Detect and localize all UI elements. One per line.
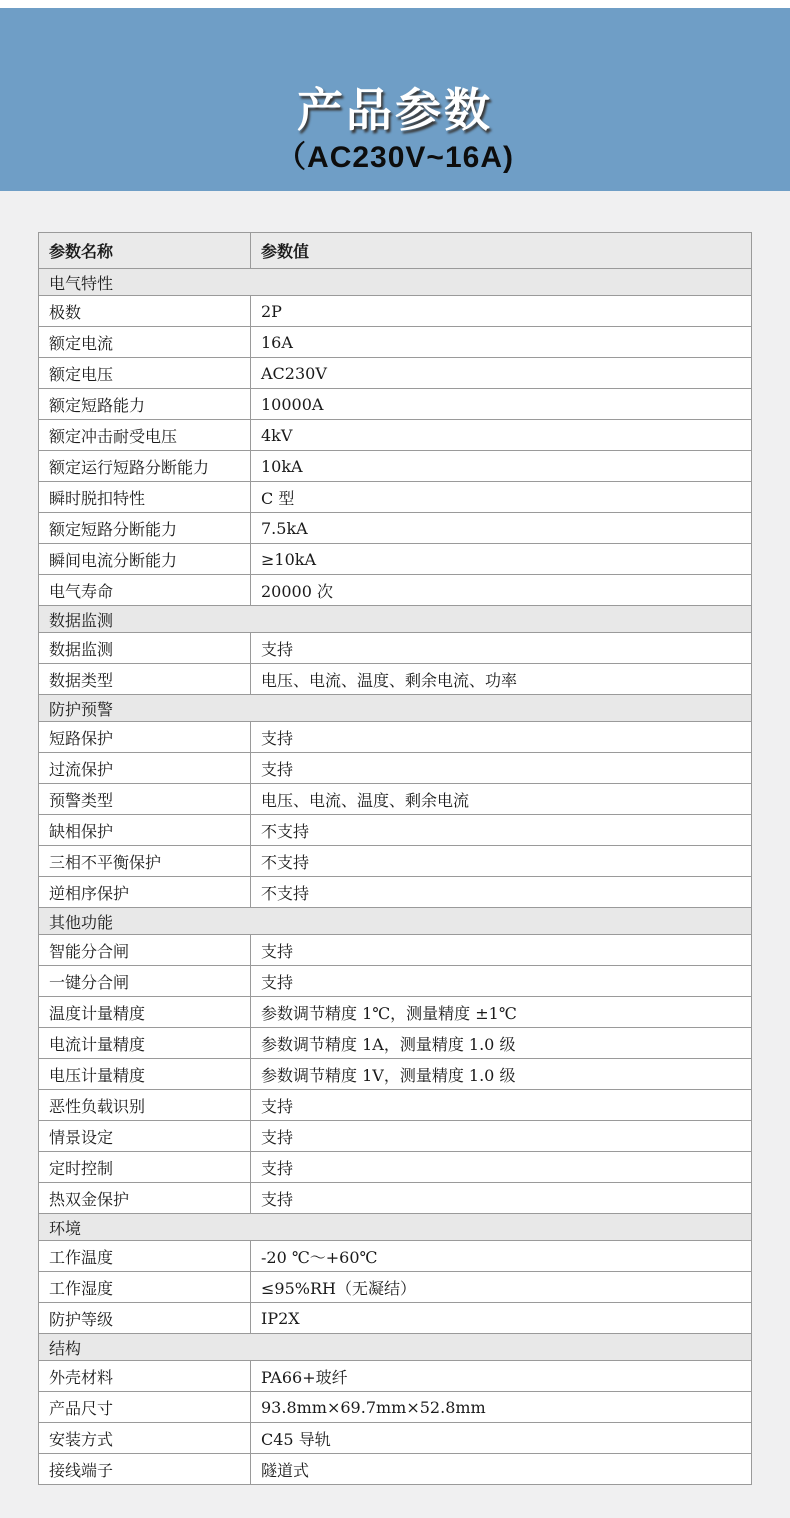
param-name-cell: 温度计量精度 <box>39 997 251 1028</box>
param-row: 额定短路能力10000A <box>39 389 752 420</box>
section-title-cell: 结构 <box>39 1334 752 1361</box>
param-value-cell: 93.8mm×69.7mm×52.8mm <box>251 1392 752 1423</box>
param-row: 数据类型电压、电流、温度、剩余电流、功率 <box>39 664 752 695</box>
section-title-cell: 环境 <box>39 1214 752 1241</box>
param-row: 短路保护支持 <box>39 722 752 753</box>
param-name-cell: 额定冲击耐受电压 <box>39 420 251 451</box>
param-value-cell: 电压、电流、温度、剩余电流 <box>251 784 752 815</box>
param-value-cell: 参数调节精度 1V，测量精度 1.0 级 <box>251 1059 752 1090</box>
param-row: 安装方式C45 导轨 <box>39 1423 752 1454</box>
param-name-cell: 情景设定 <box>39 1121 251 1152</box>
page-title: 产品参数 <box>297 85 493 136</box>
param-name-cell: 额定电压 <box>39 358 251 389</box>
param-row: 智能分合闸支持 <box>39 935 752 966</box>
param-row: 瞬时脱扣特性C 型 <box>39 482 752 513</box>
param-row: 电气寿命20000 次 <box>39 575 752 606</box>
param-row: 额定电流16A <box>39 327 752 358</box>
param-value-cell: 支持 <box>251 935 752 966</box>
section-row: 防护预警 <box>39 695 752 722</box>
page: 产品参数 （AC230V~16A) 参数名称 参数值 电气特性极数2P额定电流1… <box>0 0 790 1485</box>
param-name-cell: 工作温度 <box>39 1241 251 1272</box>
param-row: 额定冲击耐受电压4kV <box>39 420 752 451</box>
section-row: 数据监测 <box>39 606 752 633</box>
param-name-cell: 额定电流 <box>39 327 251 358</box>
header-banner: 产品参数 （AC230V~16A) <box>0 8 790 191</box>
param-row: 产品尺寸93.8mm×69.7mm×52.8mm <box>39 1392 752 1423</box>
param-value-cell: 支持 <box>251 1121 752 1152</box>
param-name-cell: 智能分合闸 <box>39 935 251 966</box>
param-row: 额定电压AC230V <box>39 358 752 389</box>
param-name-cell: 电压计量精度 <box>39 1059 251 1090</box>
param-row: 一键分合闸支持 <box>39 966 752 997</box>
section-row: 环境 <box>39 1214 752 1241</box>
section-title-cell: 其他功能 <box>39 908 752 935</box>
param-value-cell: IP2X <box>251 1303 752 1334</box>
param-value-cell: 支持 <box>251 966 752 997</box>
param-value-cell: 电压、电流、温度、剩余电流、功率 <box>251 664 752 695</box>
param-row: 预警类型电压、电流、温度、剩余电流 <box>39 784 752 815</box>
param-value-cell: 不支持 <box>251 877 752 908</box>
param-value-cell: 10kA <box>251 451 752 482</box>
section-title-cell: 防护预警 <box>39 695 752 722</box>
col-header-name: 参数名称 <box>39 233 251 269</box>
param-value-cell: C 型 <box>251 482 752 513</box>
param-value-cell: AC230V <box>251 358 752 389</box>
param-name-cell: 防护等级 <box>39 1303 251 1334</box>
param-value-cell: PA66+玻纤 <box>251 1361 752 1392</box>
param-row: 定时控制支持 <box>39 1152 752 1183</box>
param-row: 电压计量精度参数调节精度 1V，测量精度 1.0 级 <box>39 1059 752 1090</box>
param-value-cell: 20000 次 <box>251 575 752 606</box>
param-row: 过流保护支持 <box>39 753 752 784</box>
param-value-cell: C45 导轨 <box>251 1423 752 1454</box>
param-row: 逆相序保护不支持 <box>39 877 752 908</box>
page-subtitle: （AC230V~16A) <box>276 141 514 176</box>
param-name-cell: 预警类型 <box>39 784 251 815</box>
param-name-cell: 逆相序保护 <box>39 877 251 908</box>
section-row: 其他功能 <box>39 908 752 935</box>
param-value-cell: ≥10kA <box>251 544 752 575</box>
param-name-cell: 瞬时脱扣特性 <box>39 482 251 513</box>
param-row: 额定短路分断能力7.5kA <box>39 513 752 544</box>
section-row: 结构 <box>39 1334 752 1361</box>
param-name-cell: 瞬间电流分断能力 <box>39 544 251 575</box>
param-row: 三相不平衡保护不支持 <box>39 846 752 877</box>
param-name-cell: 恶性负载识别 <box>39 1090 251 1121</box>
top-white-strip <box>0 0 790 8</box>
param-name-cell: 短路保护 <box>39 722 251 753</box>
param-name-cell: 一键分合闸 <box>39 966 251 997</box>
param-name-cell: 额定运行短路分断能力 <box>39 451 251 482</box>
param-row: 极数2P <box>39 296 752 327</box>
param-value-cell: 支持 <box>251 1152 752 1183</box>
params-table-body: 电气特性极数2P额定电流16A额定电压AC230V额定短路能力10000A额定冲… <box>39 269 752 1485</box>
param-value-cell: 10000A <box>251 389 752 420</box>
param-value-cell: 支持 <box>251 1090 752 1121</box>
param-name-cell: 过流保护 <box>39 753 251 784</box>
param-value-cell: 2P <box>251 296 752 327</box>
param-name-cell: 接线端子 <box>39 1454 251 1485</box>
table-header-row: 参数名称 参数值 <box>39 233 752 269</box>
param-value-cell: 4kV <box>251 420 752 451</box>
param-name-cell: 安装方式 <box>39 1423 251 1454</box>
param-value-cell: 不支持 <box>251 815 752 846</box>
param-name-cell: 额定短路能力 <box>39 389 251 420</box>
param-value-cell: 参数调节精度 1A，测量精度 1.0 级 <box>251 1028 752 1059</box>
param-value-cell: 支持 <box>251 633 752 664</box>
param-name-cell: 电流计量精度 <box>39 1028 251 1059</box>
col-header-value: 参数值 <box>251 233 752 269</box>
param-row: 缺相保护不支持 <box>39 815 752 846</box>
param-name-cell: 热双金保护 <box>39 1183 251 1214</box>
param-name-cell: 数据类型 <box>39 664 251 695</box>
param-value-cell: 隧道式 <box>251 1454 752 1485</box>
param-name-cell: 工作湿度 <box>39 1272 251 1303</box>
params-table: 参数名称 参数值 电气特性极数2P额定电流16A额定电压AC230V额定短路能力… <box>38 232 752 1485</box>
param-name-cell: 定时控制 <box>39 1152 251 1183</box>
param-row: 工作湿度≤95%RH（无凝结） <box>39 1272 752 1303</box>
param-row: 防护等级IP2X <box>39 1303 752 1334</box>
param-row: 工作温度-20 ℃～+60℃ <box>39 1241 752 1272</box>
param-row: 外壳材料PA66+玻纤 <box>39 1361 752 1392</box>
param-name-cell: 极数 <box>39 296 251 327</box>
param-value-cell: 支持 <box>251 1183 752 1214</box>
param-row: 情景设定支持 <box>39 1121 752 1152</box>
param-row: 额定运行短路分断能力10kA <box>39 451 752 482</box>
param-name-cell: 三相不平衡保护 <box>39 846 251 877</box>
param-value-cell: 16A <box>251 327 752 358</box>
param-name-cell: 电气寿命 <box>39 575 251 606</box>
param-name-cell: 缺相保护 <box>39 815 251 846</box>
param-row: 瞬间电流分断能力≥10kA <box>39 544 752 575</box>
param-value-cell: 支持 <box>251 753 752 784</box>
param-name-cell: 数据监测 <box>39 633 251 664</box>
param-name-cell: 产品尺寸 <box>39 1392 251 1423</box>
param-value-cell: 支持 <box>251 722 752 753</box>
section-row: 电气特性 <box>39 269 752 296</box>
param-row: 恶性负载识别支持 <box>39 1090 752 1121</box>
param-row: 接线端子隧道式 <box>39 1454 752 1485</box>
content-area: 参数名称 参数值 电气特性极数2P额定电流16A额定电压AC230V额定短路能力… <box>38 232 752 1485</box>
param-value-cell: ≤95%RH（无凝结） <box>251 1272 752 1303</box>
param-value-cell: -20 ℃～+60℃ <box>251 1241 752 1272</box>
param-row: 电流计量精度参数调节精度 1A，测量精度 1.0 级 <box>39 1028 752 1059</box>
param-name-cell: 外壳材料 <box>39 1361 251 1392</box>
param-value-cell: 7.5kA <box>251 513 752 544</box>
section-title-cell: 电气特性 <box>39 269 752 296</box>
param-value-cell: 不支持 <box>251 846 752 877</box>
param-row: 温度计量精度参数调节精度 1℃，测量精度 ±1℃ <box>39 997 752 1028</box>
param-name-cell: 额定短路分断能力 <box>39 513 251 544</box>
param-value-cell: 参数调节精度 1℃，测量精度 ±1℃ <box>251 997 752 1028</box>
section-title-cell: 数据监测 <box>39 606 752 633</box>
param-row: 热双金保护支持 <box>39 1183 752 1214</box>
param-row: 数据监测支持 <box>39 633 752 664</box>
